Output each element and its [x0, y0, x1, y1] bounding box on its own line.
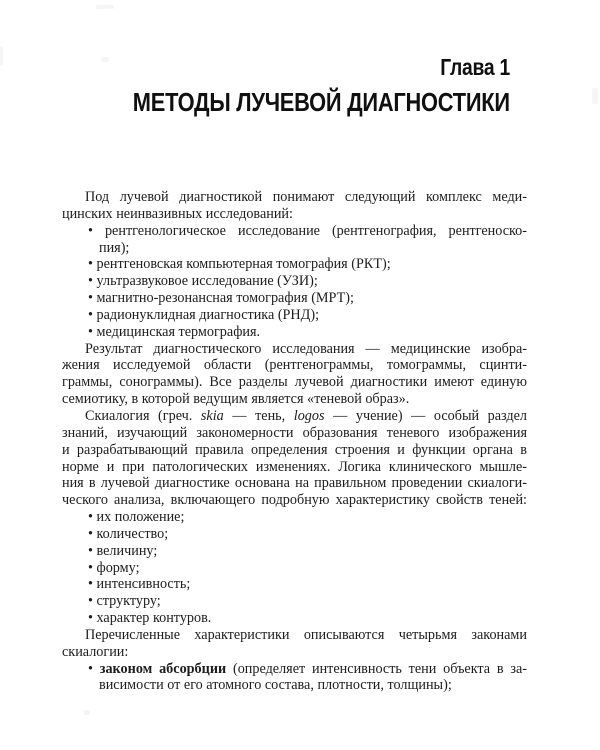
text-segment: Перечисленные характеристики описываются…: [85, 627, 527, 643]
text-line: • форму;: [62, 560, 527, 577]
text-segment: • характер контуров.: [88, 610, 211, 626]
text-segment: Под лучевой диагностикой понимают следую…: [85, 189, 527, 205]
text-segment: • их положение;: [88, 509, 184, 525]
text-line: • рентгенологическое исследование (рентг…: [62, 223, 527, 240]
text-segment: Результат диагностического исследования …: [85, 341, 527, 357]
scan-speck: [101, 57, 109, 62]
text-segment: семиотику, в которой ведущим является «т…: [62, 391, 409, 407]
text-line: пия);: [62, 240, 527, 257]
scan-speck: [592, 88, 598, 104]
text-line: • характер контуров.: [62, 610, 527, 627]
text-line: • медицинская термография.: [62, 324, 527, 341]
text-line: жения исследуемой области (рентгенограмм…: [62, 357, 527, 374]
chapter-number-text: Глава 1: [440, 55, 510, 79]
text-segment: ния в лучевой диагностике основана на пр…: [62, 475, 527, 491]
text-line: скиалогии:: [62, 644, 527, 661]
text-line: висимости от его атомного состава, плотн…: [62, 677, 527, 694]
text-line: • количество;: [62, 526, 527, 543]
chapter-number: Глава 1: [61, 55, 510, 79]
text-line: знаний, изучающий закономерности образов…: [62, 425, 527, 442]
text-segment: • радионуклидная диагностика (РНД);: [88, 307, 319, 323]
text-line: ческого анализа, включающего подробную х…: [62, 492, 527, 509]
text-line: • магнитно-резонансная томография (МРТ);: [62, 290, 527, 307]
text-line: Перечисленные характеристики описываются…: [62, 627, 527, 644]
scan-speck: [96, 5, 114, 9]
text-line: Скиалогия (греч. skia — тень, logos — уч…: [62, 408, 527, 425]
text-line: • радионуклидная диагностика (РНД);: [62, 307, 527, 324]
text-line: ния в лучевой диагностике основана на пр…: [62, 475, 527, 492]
text-segment: цинских неинвазивных исследований:: [62, 206, 293, 222]
text-segment: — тень,: [224, 408, 294, 424]
text-segment: жения исследуемой области (рентгенограмм…: [62, 357, 527, 373]
text-line: • ультразвуковое исследование (УЗИ);: [62, 273, 527, 290]
text-line: • законом абсорбции (определяет интенсив…: [62, 661, 527, 678]
text-segment: • величину;: [88, 543, 157, 559]
text-segment: • магнитно-резонансная томография (МРТ);: [88, 290, 354, 306]
text-segment: logos: [294, 408, 325, 424]
text-line: цинских неинвазивных исследований:: [62, 206, 527, 223]
text-line: и разрабатывающий правила определения ст…: [62, 442, 527, 459]
text-segment: граммы, сонограммы). Все разделы лучевой…: [62, 374, 527, 390]
text-segment: висимости от его атомного состава, плотн…: [99, 677, 452, 693]
text-line: семиотику, в которой ведущим является «т…: [62, 391, 527, 408]
text-segment: норме и при патологических изменениях. Л…: [62, 459, 527, 475]
book-page: Глава 1 МЕТОДЫ ЛУЧЕВОЙ ДИАГНОСТИКИ Под л…: [0, 0, 600, 750]
text-segment: Скиалогия (греч.: [85, 408, 201, 424]
text-segment: •: [88, 661, 100, 677]
text-line: Под лучевой диагностикой понимают следую…: [62, 189, 527, 206]
text-segment: пия);: [99, 240, 129, 256]
scan-speck: [0, 46, 3, 66]
chapter-title: МЕТОДЫ ЛУЧЕВОЙ ДИАГНОСТИКИ: [61, 89, 510, 115]
text-line: • рентгеновская компьютерная томография …: [62, 256, 527, 273]
text-line: • структуру;: [62, 593, 527, 610]
text-segment: • интенсивность;: [88, 576, 190, 592]
chapter-title-text: МЕТОДЫ ЛУЧЕВОЙ ДИАГНОСТИКИ: [133, 89, 510, 115]
scan-speck: [84, 710, 90, 715]
text-segment: (определяет интенсивность тени объекта в…: [226, 661, 527, 677]
text-segment: знаний, изучающий закономерности образов…: [62, 425, 527, 441]
body-text: Под лучевой диагностикой понимают следую…: [62, 189, 527, 694]
text-segment: и разрабатывающий правила определения ст…: [62, 442, 527, 458]
text-segment: ческого анализа, включающего подробную х…: [62, 492, 527, 508]
text-line: Результат диагностического исследования …: [62, 341, 527, 358]
text-segment: • рентгеновская компьютерная томография …: [88, 256, 391, 272]
text-segment: • количество;: [88, 526, 168, 542]
text-segment: • форму;: [88, 560, 140, 576]
text-segment: законом абсорбции: [100, 661, 226, 677]
text-segment: • структуру;: [88, 593, 161, 609]
text-line: • величину;: [62, 543, 527, 560]
text-line: • их положение;: [62, 509, 527, 526]
text-line: • интенсивность;: [62, 576, 527, 593]
chapter-heading: Глава 1 МЕТОДЫ ЛУЧЕВОЙ ДИАГНОСТИКИ: [61, 55, 510, 115]
text-segment: • ультразвуковое исследование (УЗИ);: [88, 273, 318, 289]
text-segment: • рентгенологическое исследование (рентг…: [88, 223, 527, 239]
text-line: граммы, сонограммы). Все разделы лучевой…: [62, 374, 527, 391]
text-segment: skia: [201, 408, 224, 424]
text-line: норме и при патологических изменениях. Л…: [62, 459, 527, 476]
text-segment: • медицинская термография.: [88, 324, 260, 340]
text-segment: скиалогии:: [62, 644, 128, 660]
